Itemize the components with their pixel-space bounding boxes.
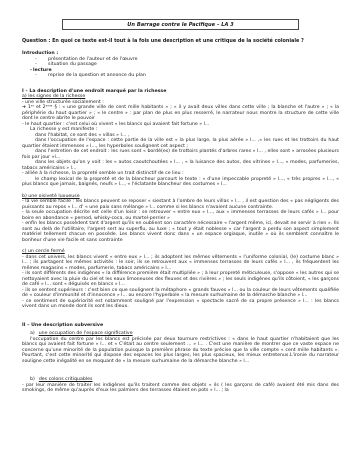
heading-prefix: b): [30, 377, 35, 382]
paragraph: - la seule occupation décrite est celle …: [22, 210, 339, 221]
intro-item: - reprise de la question et annonce du p…: [22, 73, 339, 79]
dash-bullet: -: [35, 73, 48, 79]
document-page: Un Barrage contre le Pacifique – LA 3 Qu…: [0, 0, 360, 466]
paragraph: dans les objets qu'on y voit : les « aut…: [22, 160, 339, 171]
intro-item-label: reprise de la question et annonce du pla…: [48, 73, 146, 79]
paragraph: - ce sentiment de supériorité est notamm…: [22, 299, 339, 310]
title-box: Un Barrage contre le Pacifique – LA 3: [62, 19, 299, 30]
paragraph: - ils se sentent supérieurs : c'est bien…: [22, 288, 339, 299]
section-2-heading: II – Une description subversive: [22, 323, 339, 329]
heading-text: une occupation de l'espace significative: [39, 331, 133, 336]
paragraph: dans l'entretien de cet endroit : les ru…: [22, 149, 339, 160]
paragraph: - la vie semble facile : les blancs peuv…: [22, 199, 339, 210]
paragraph: - par leur manière de traiter les indigè…: [22, 383, 339, 394]
arrow-paragraph: ➔ 1ᵉʳ et 2ᵉᵐᵉ § : « une grande ville de …: [22, 105, 339, 122]
intro-item-label: situation du passage: [48, 62, 97, 68]
question: Question : En quoi ce texte est-il tout …: [22, 38, 339, 45]
document-title: Un Barrage contre le Pacifique – LA 3: [127, 22, 233, 28]
heading-text: des colons critiquables: [39, 377, 93, 382]
paragraph: - dans cet univers, les blancs vivent « …: [22, 255, 339, 272]
paragraph: le champ lexical de la propreté et de la…: [22, 177, 339, 188]
paragraph: - enfin les blancs possèdent tant d'arge…: [22, 221, 339, 243]
heading-prefix: a): [30, 331, 35, 336]
paragraph: - ils sont différents des indigènes « la…: [22, 271, 339, 288]
paragraph: dans l'occupation de l'espace : cette pa…: [22, 138, 339, 149]
paragraph: l'occupation du centre par les blancs es…: [22, 337, 339, 365]
intro-list: - présentation de l'auteur et de l'œuvre…: [22, 57, 339, 79]
